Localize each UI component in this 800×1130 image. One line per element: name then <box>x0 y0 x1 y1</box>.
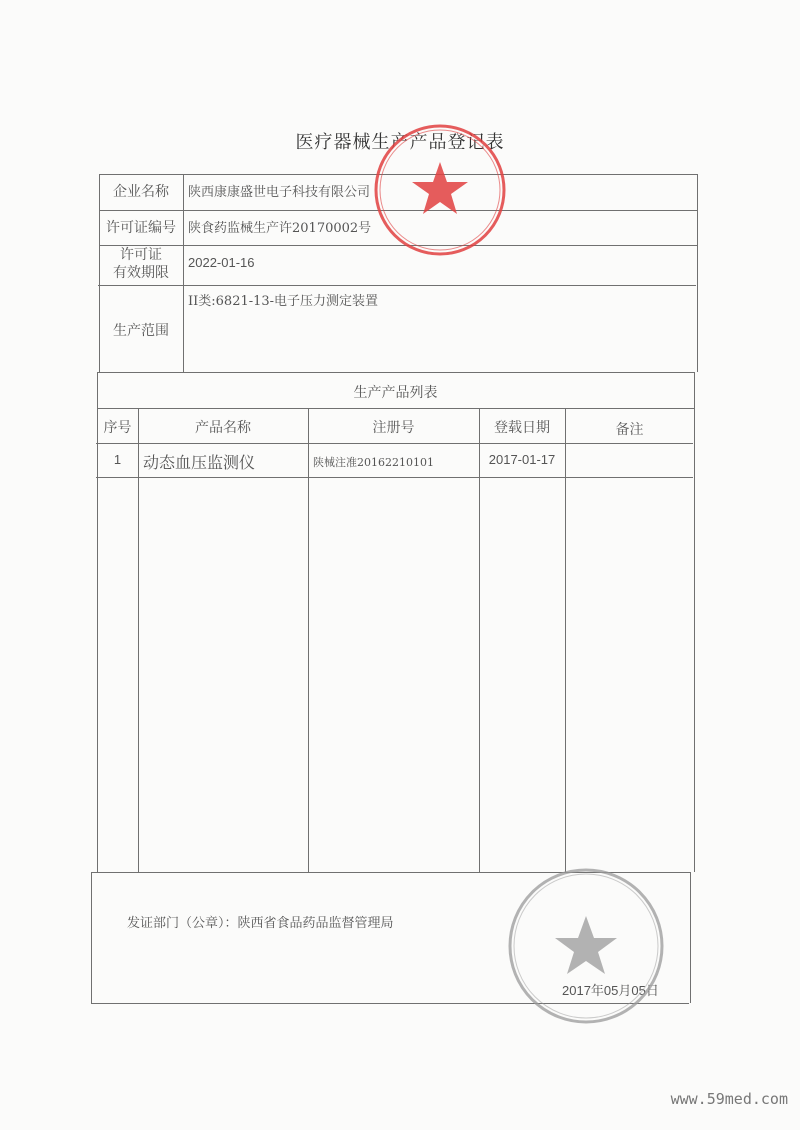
row-registration-number: 陕械注准20162210101 <box>313 454 434 470</box>
product-list-title: 生产产品列表 <box>97 382 694 402</box>
company-name-label: 企业名称 <box>99 181 183 201</box>
authority-seal <box>506 866 666 1026</box>
license-validity-value: 2022-01-16 <box>188 255 255 270</box>
issuing-authority: 发证部门（公章）：陕西省食品药品监督管理局 <box>127 912 394 931</box>
issue-date: 2017年05月05日 <box>562 980 659 999</box>
header-date: 登载日期 <box>479 417 565 437</box>
row-index: 1 <box>97 452 138 467</box>
star-icon <box>555 916 617 974</box>
license-number-label: 许可证编号 <box>99 217 183 237</box>
row-product-name: 动态血压监测仪 <box>143 450 255 473</box>
production-scope-value: II类:6821-13-电子压力测定装置 <box>188 290 378 309</box>
watermark: www.59med.com <box>671 1090 788 1108</box>
header-registration-number: 注册号 <box>308 417 479 437</box>
license-validity-label-line2: 有效期限 <box>99 262 183 282</box>
document-title: 医疗器械生产产品登记表 <box>0 128 800 154</box>
star-icon <box>412 162 468 214</box>
row-date: 2017-01-17 <box>479 452 565 467</box>
license-number-value: 陕食药监械生产许20170002号 <box>188 217 371 236</box>
license-validity-label-line1: 许可证 <box>99 244 183 264</box>
production-scope-label: 生产范围 <box>99 320 183 340</box>
header-index: 序号 <box>97 417 138 437</box>
company-name-value: 陕西康康盛世电子科技有限公司 <box>188 181 370 200</box>
header-product-name: 产品名称 <box>138 417 308 437</box>
header-note: 备注 <box>565 419 694 439</box>
